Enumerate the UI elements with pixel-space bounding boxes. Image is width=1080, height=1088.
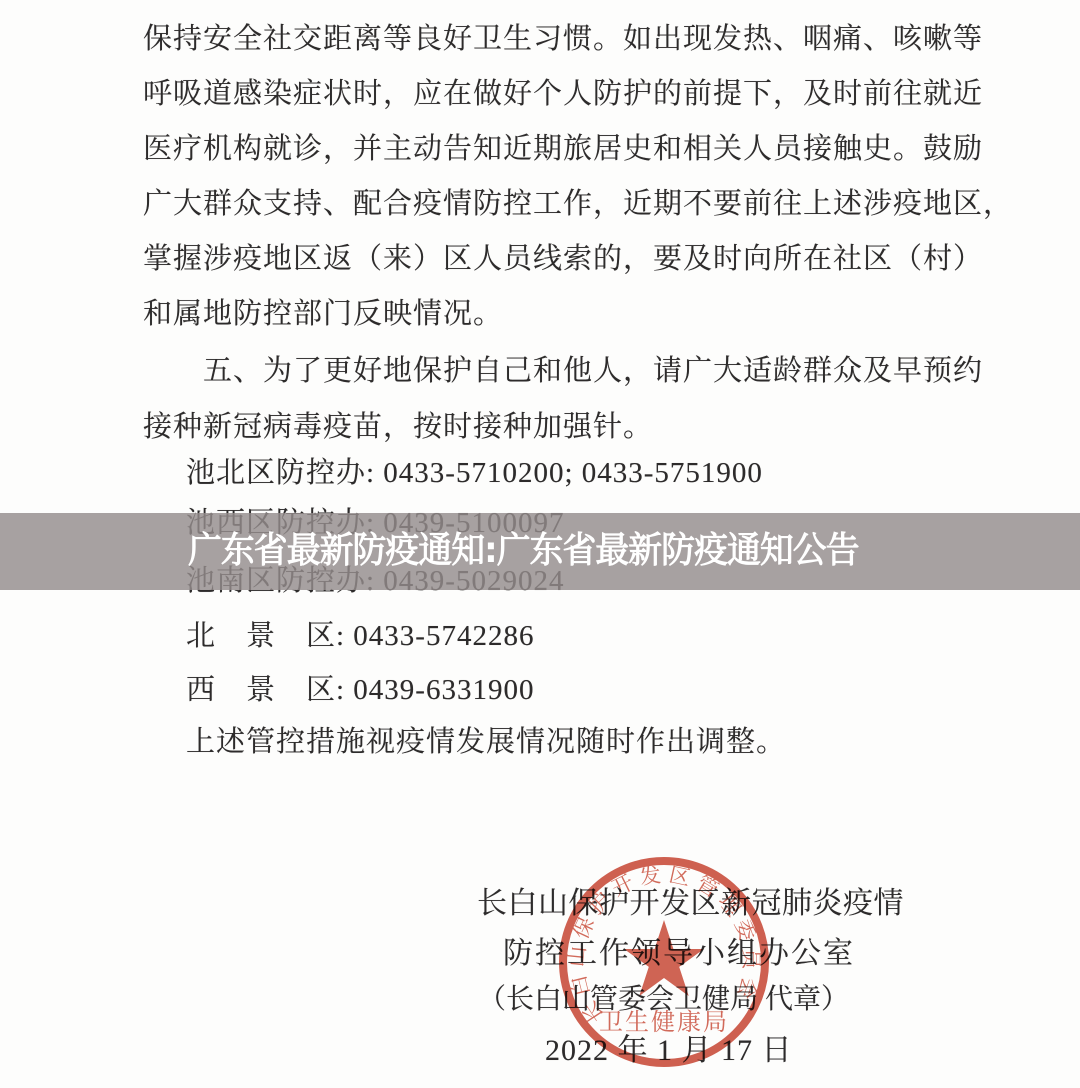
body-line: 广大群众支持、配合疫情防控工作，近期不要前往上述涉疫地区， — [143, 181, 1013, 222]
body-line: 接种新冠病毒疫苗，按时接种加强针。 — [143, 404, 653, 445]
body-line: 掌握涉疫地区返（来）区人员线索的，要及时向所在社区（村） — [143, 236, 983, 277]
banner-title: 广东省最新防疫通知:广东省最新防疫通知公告 — [188, 522, 859, 573]
overlay-banner: 广东省最新防疫通知:广东省最新防疫通知公告 — [0, 513, 1080, 590]
contact-row-chibei: 池北区防控办: 0433-5710200; 0433-5751900 — [186, 450, 763, 491]
contact-row-xijingqu: 西 景 区: 0439-6331900 — [186, 667, 534, 708]
body-line: 呼吸道感染症状时，应在做好个人防护的前提下，及时前往就近 — [143, 71, 983, 112]
closing-line: 上述管控措施视疫情发展情况随时作出调整。 — [186, 719, 786, 760]
seal-bottom-text: 卫生健康局 — [599, 1008, 729, 1036]
body-line: 保持安全社交距离等良好卫生习惯。如出现发热、咽痛、咳嗽等 — [143, 16, 983, 57]
body-line: 和属地防控部门反映情况。 — [143, 291, 503, 332]
seal-star-icon — [624, 920, 704, 996]
body-line: 医疗机构就诊，并主动告知近期旅居史和相关人员接触史。鼓励 — [143, 126, 983, 167]
contact-row-beijingqu: 北 景 区: 0433-5742286 — [186, 613, 534, 654]
official-seal: 长白山保护开发区管理委员会 卫生健康局 — [552, 850, 776, 1074]
document-page: 保持安全社交距离等良好卫生习惯。如出现发热、咽痛、咳嗽等 呼吸道感染症状时，应在… — [0, 0, 1080, 1088]
body-line-indented: 五、为了更好地保护自己和他人，请广大适龄群众及早预约 — [203, 348, 983, 389]
